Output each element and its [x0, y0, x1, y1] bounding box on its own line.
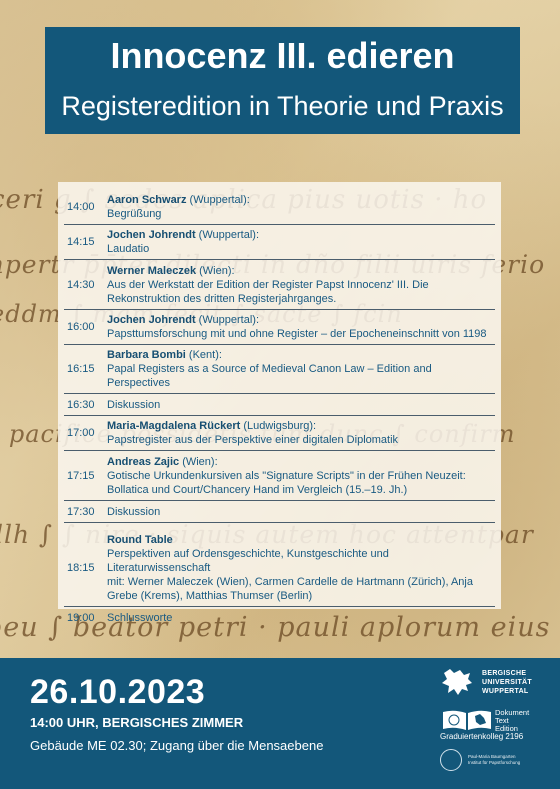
speaker-name: Jochen Johrendt	[107, 229, 196, 241]
speaker-affiliation: (Wien):	[179, 456, 218, 468]
speaker-affiliation: (Wien):	[196, 265, 235, 277]
schedule-content: Jochen Johrendt (Wuppertal):Laudatio	[107, 228, 495, 256]
event-date: 26.10.2023	[30, 673, 205, 712]
talk-title: Bollatica und Court/Chancery Hand im Ver…	[107, 483, 495, 497]
schedule-content: Maria-Magdalena Rückert (Ludwigsburg):Pa…	[107, 419, 495, 447]
schedule-content: Barbara Bombi (Kent):Papal Registers as …	[107, 348, 495, 390]
schedule-content: Diskussion	[107, 505, 495, 519]
schedule-row: 17:15Andreas Zajic (Wien):Gotische Urkun…	[64, 451, 495, 501]
schedule-content: Aaron Schwarz (Wuppertal):Begrüßung	[107, 193, 495, 221]
speaker-line: Andreas Zajic (Wien):	[107, 455, 495, 469]
talk-title: Grebe (Krems), Matthias Thumser (Berlin)	[107, 589, 495, 603]
logos: BERGISCHE UNIVERSITÄT WUPPERTAL Dokument…	[440, 664, 555, 771]
speaker-affiliation: (Wuppertal):	[186, 194, 249, 206]
schedule-time: 16:15	[64, 362, 107, 376]
speaker-line: Barbara Bombi (Kent):	[107, 348, 495, 362]
speaker-name: Round Table	[107, 534, 173, 546]
talk-title: Papstregister aus der Perspektive einer …	[107, 433, 495, 447]
talk-title: mit: Werner Maleczek (Wien), Carmen Card…	[107, 575, 495, 589]
schedule-row: 19:00Schlussworte	[64, 607, 495, 629]
university-logo: BERGISCHE UNIVERSITÄT WUPPERTAL	[440, 664, 555, 700]
speaker-line: Maria-Magdalena Rückert (Ludwigsburg):	[107, 419, 495, 433]
pmb-name: Paul-Maria Baumgarten Institut für Papst…	[468, 754, 520, 766]
talk-title: Papal Registers as a Source of Medieval …	[107, 362, 495, 390]
schedule-content: Schlussworte	[107, 611, 495, 625]
schedule-time: 18:15	[64, 561, 107, 575]
speaker-line: Round Table	[107, 533, 495, 547]
talk-title: Laudatio	[107, 242, 495, 256]
event-title: Innocenz III. edieren	[45, 34, 520, 78]
talk-title: Begrüßung	[107, 207, 495, 221]
schedule-time: 17:15	[64, 469, 107, 483]
talk-title: Perspektiven auf Ordensgeschichte, Kunst…	[107, 547, 495, 575]
university-line: BERGISCHE	[482, 669, 532, 678]
pmb-line: Institut für Papstforschung	[468, 760, 520, 766]
talk-title: Diskussion	[107, 398, 495, 412]
open-book-icon	[442, 709, 492, 731]
title-banner: Innocenz III. edieren Registeredition in…	[45, 27, 520, 134]
schedule-row: 17:00Maria-Magdalena Rückert (Ludwigsbur…	[64, 416, 495, 451]
speaker-name: Werner Maleczek	[107, 265, 196, 277]
dte-name: Dokument Text Edition	[495, 709, 529, 733]
schedule-content: Diskussion	[107, 398, 495, 412]
speaker-name: Jochen Johrendt	[107, 314, 196, 326]
schedule-time: 16:00	[64, 320, 107, 334]
speaker-affiliation: (Wuppertal):	[196, 314, 259, 326]
speaker-affiliation: (Wuppertal):	[196, 229, 259, 241]
event-time-place: 14:00 UHR, BERGISCHES ZIMMER	[30, 715, 243, 730]
speaker-line: Aaron Schwarz (Wuppertal):	[107, 193, 495, 207]
speaker-name: Andreas Zajic	[107, 456, 179, 468]
talk-title: Gotische Urkundenkursiven als "Signature…	[107, 469, 495, 483]
schedule-content: Werner Maleczek (Wien):Aus der Werkstatt…	[107, 264, 495, 306]
speaker-affiliation: (Kent):	[186, 349, 222, 361]
schedule-content: Andreas Zajic (Wien):Gotische Urkundenku…	[107, 455, 495, 497]
dte-logo: Dokument Text Edition Graduiertenkolleg …	[440, 709, 555, 743]
speaker-line: Jochen Johrendt (Wuppertal):	[107, 228, 495, 242]
schedule-row: 18:15Round TablePerspektiven auf Ordensg…	[64, 523, 495, 607]
schedule-content: Jochen Johrendt (Wuppertal):Papsttumsfor…	[107, 313, 495, 341]
talk-title: Papsttumsforschung mit und ohne Register…	[107, 327, 495, 341]
graduiertenkolleg: Graduiertenkolleg 2196	[440, 732, 523, 741]
schedule-time: 14:15	[64, 235, 107, 249]
schedule-time: 17:30	[64, 505, 107, 519]
schedule-row: 14:15Jochen Johrendt (Wuppertal):Laudati…	[64, 225, 495, 260]
event-address: Gebäude ME 02.30; Zugang über die Mensae…	[30, 738, 323, 753]
schedule-time: 14:30	[64, 278, 107, 292]
talk-title: Rekonstruktion des dritten Registerjahrg…	[107, 292, 495, 306]
seal-icon	[440, 749, 462, 771]
university-name: BERGISCHE UNIVERSITÄT WUPPERTAL	[482, 669, 532, 696]
university-line: WUPPERTAL	[482, 687, 532, 696]
speaker-line: Werner Maleczek (Wien):	[107, 264, 495, 278]
schedule-row: 16:30Diskussion	[64, 394, 495, 416]
speaker-name: Maria-Magdalena Rückert	[107, 420, 240, 432]
schedule-row: 14:00Aaron Schwarz (Wuppertal):Begrüßung	[64, 190, 495, 225]
university-line: UNIVERSITÄT	[482, 678, 532, 687]
schedule-row: 16:00Jochen Johrendt (Wuppertal):Papsttu…	[64, 310, 495, 345]
speaker-line: Jochen Johrendt (Wuppertal):	[107, 313, 495, 327]
schedule-time: 14:00	[64, 200, 107, 214]
pmb-logo: Paul-Maria Baumgarten Institut für Papst…	[440, 749, 555, 771]
schedule-row: 16:15Barbara Bombi (Kent):Papal Register…	[64, 345, 495, 394]
schedule-row: 17:30Diskussion	[64, 501, 495, 523]
schedule-content: Round TablePerspektiven auf Ordensgeschi…	[107, 533, 495, 603]
schedule-time: 19:00	[64, 611, 107, 625]
talk-title: Schlussworte	[107, 611, 495, 625]
event-subtitle: Registeredition in Theorie und Praxis	[45, 90, 520, 122]
talk-title: Diskussion	[107, 505, 495, 519]
speaker-affiliation: (Ludwigsburg):	[240, 420, 316, 432]
lion-icon	[440, 667, 474, 697]
footer: 26.10.2023 14:00 UHR, BERGISCHES ZIMMER …	[0, 658, 560, 789]
schedule-time: 16:30	[64, 398, 107, 412]
speaker-name: Aaron Schwarz	[107, 194, 186, 206]
program-table: 14:00Aaron Schwarz (Wuppertal):Begrüßung…	[58, 182, 501, 609]
speaker-name: Barbara Bombi	[107, 349, 186, 361]
schedule-time: 17:00	[64, 426, 107, 440]
schedule-row: 14:30Werner Maleczek (Wien):Aus der Werk…	[64, 260, 495, 310]
talk-title: Aus der Werkstatt der Edition der Regist…	[107, 278, 495, 292]
